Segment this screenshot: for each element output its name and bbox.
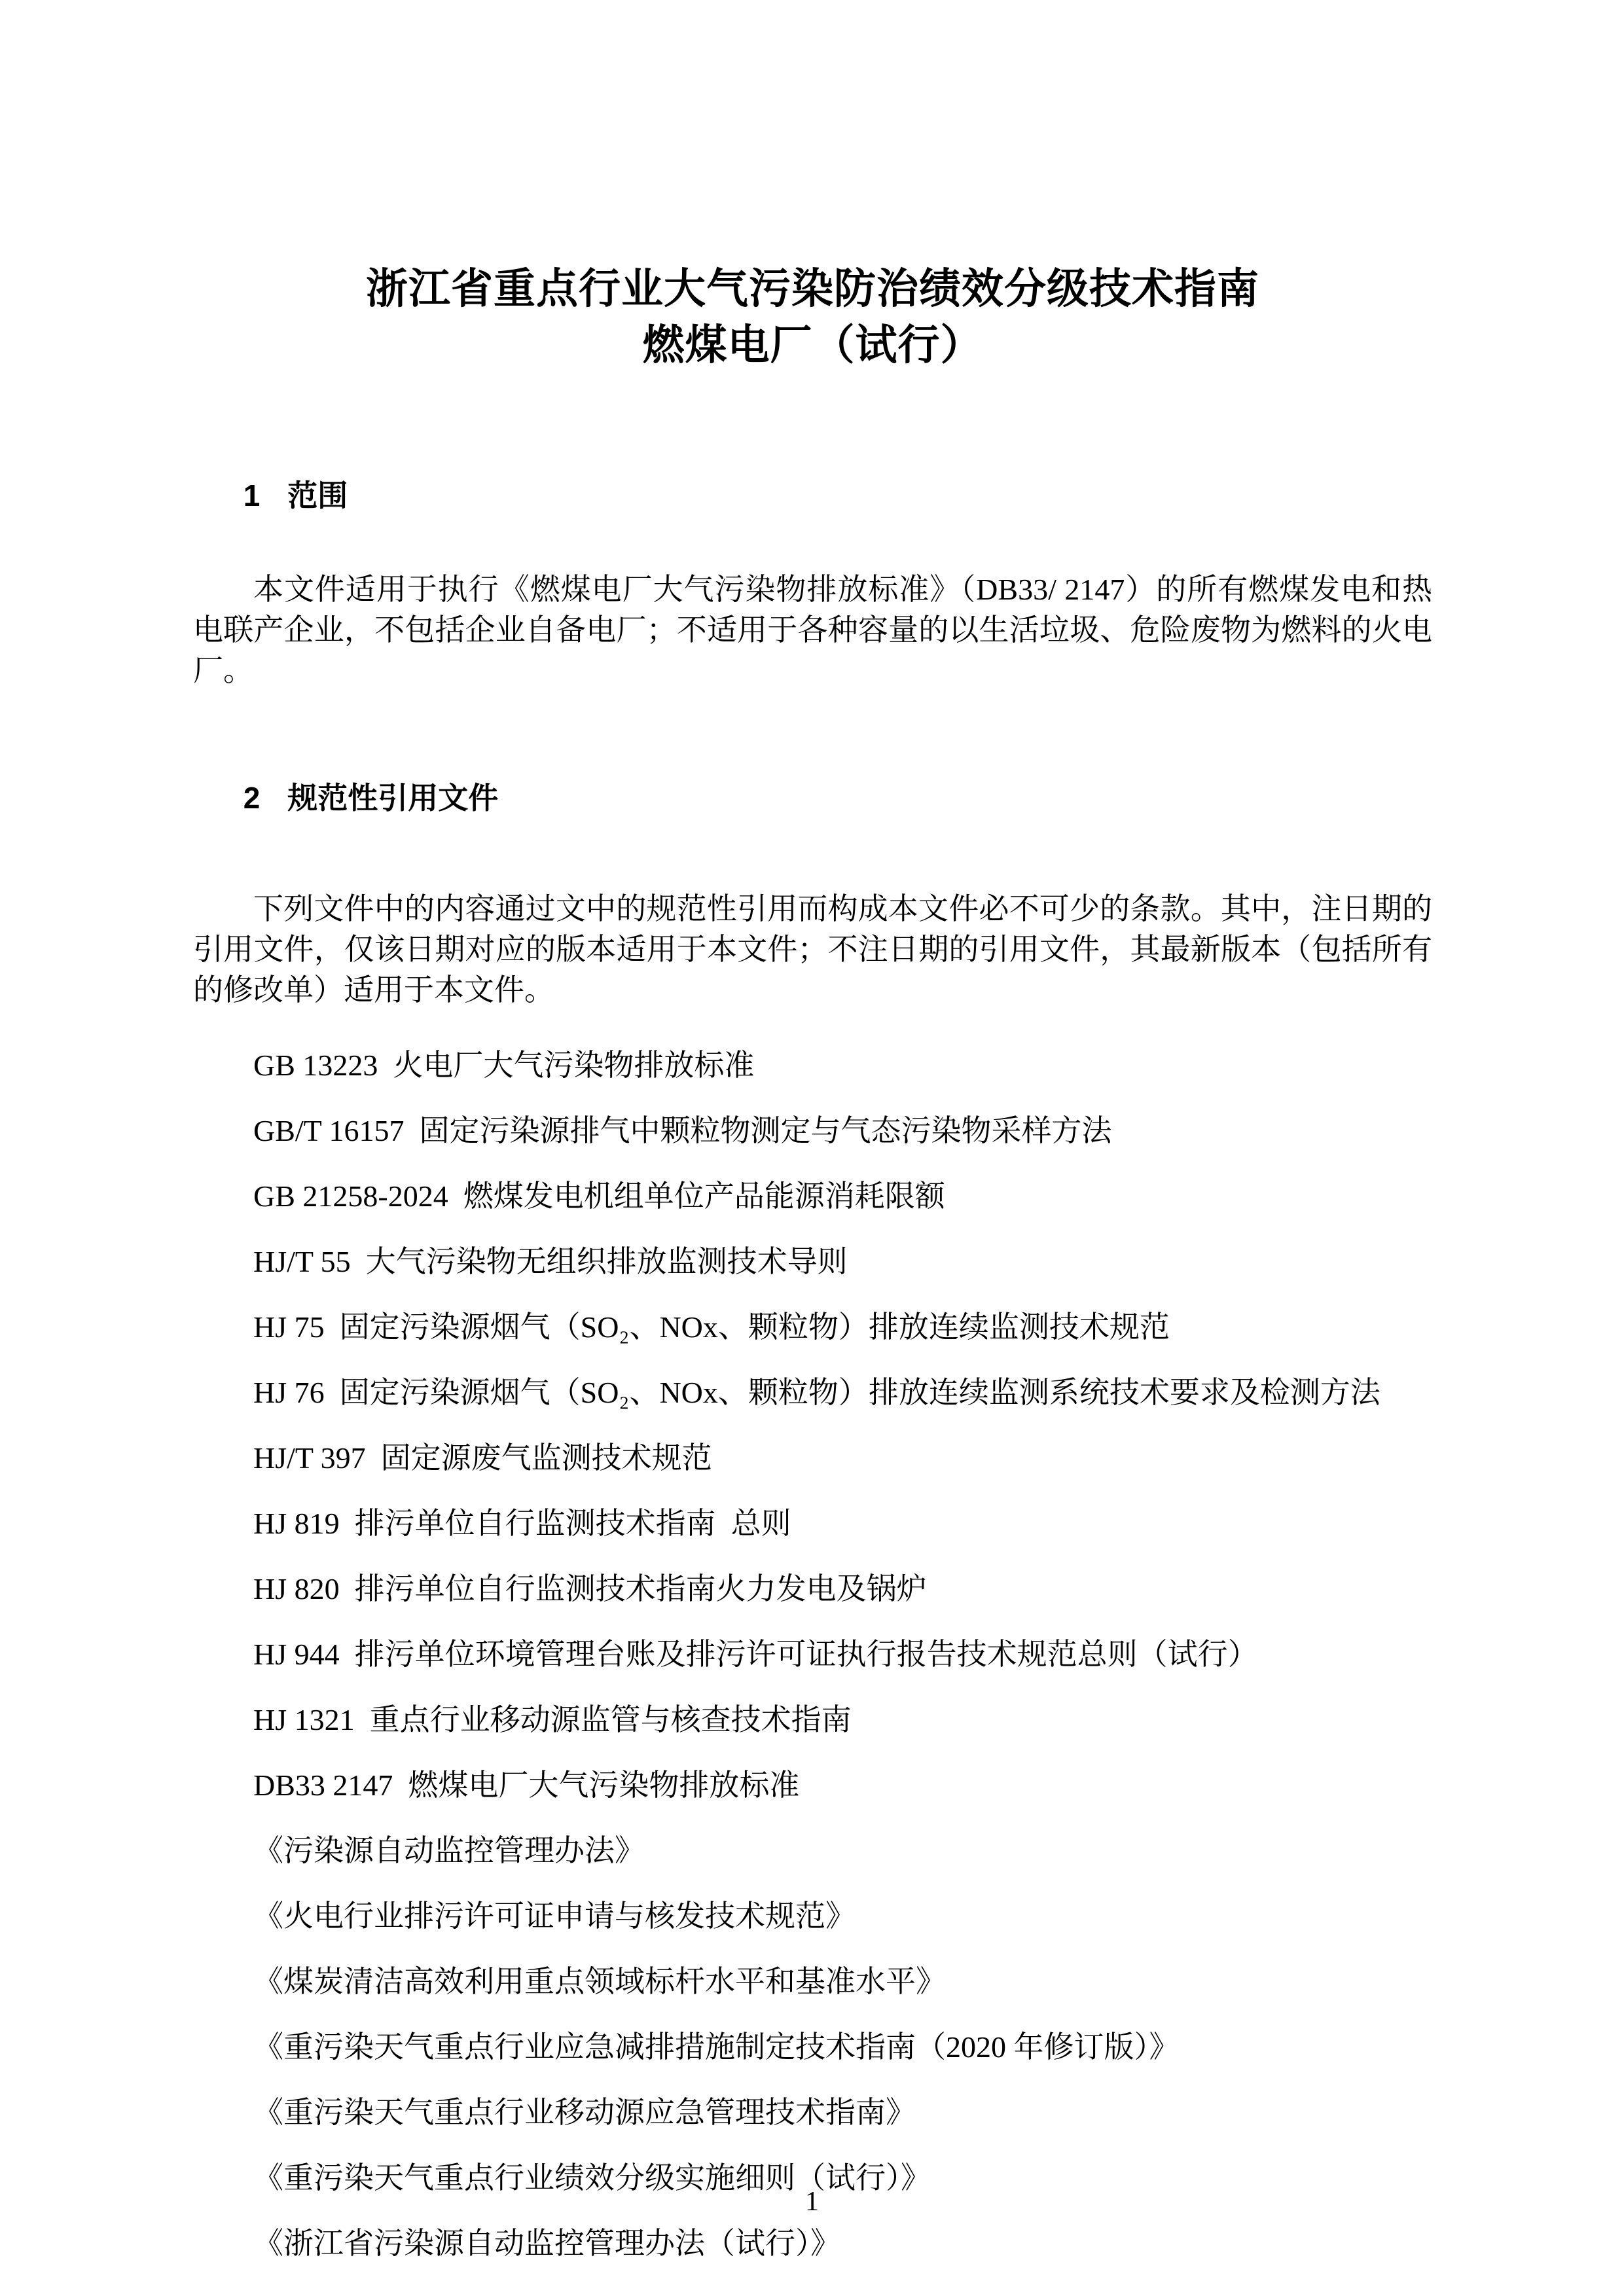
reference-item: HJ 944 排污单位环境管理台账及排污许可证执行报告技术规范总则（试行） (253, 1636, 1432, 1673)
section-1-number: 1 (244, 479, 261, 512)
reference-item: HJ 819 排污单位自行监测技术指南 总则 (253, 1505, 1432, 1542)
document-page: 浙江省重点行业大气污染防治绩效分级技术指南 燃煤电厂（试行） 1范围 本文件适用… (0, 0, 1624, 2296)
reference-item: GB/T 16157 固定污染源排气中颗粒物测定与气态污染物采样方法 (253, 1113, 1432, 1149)
reference-item: 《火电行业排污许可证申请与核发技术规范》 (253, 1898, 1432, 1935)
section-2-number: 2 (244, 781, 261, 814)
reference-item: GB 13223 火电厂大气污染物排放标准 (253, 1047, 1432, 1084)
reference-item: DB33 2147 燃煤电厂大气污染物排放标准 (253, 1767, 1432, 1804)
reference-item: HJ 76 固定污染源烟气（SO₂、NOx、颗粒物）排放连续监测系统技术要求及检… (253, 1374, 1432, 1411)
reference-item: 《重污染天气重点行业移动源应急管理技术指南》 (253, 2094, 1432, 2131)
reference-item: 《污染源自动监控管理办法》 (253, 1833, 1432, 1869)
reference-item: 《重污染天气重点行业应急减排措施制定技术指南（2020 年修订版）》 (253, 2029, 1432, 2066)
reference-item: HJ/T 397 固定源废气监测技术规范 (253, 1440, 1432, 1477)
page-content: 浙江省重点行业大气污染防治绩效分级技术指南 燃煤电厂（试行） 1范围 本文件适用… (193, 0, 1432, 2291)
references-intro-paragraph: 下列文件中的内容通过文中的规范性引用而构成本文件必不可少的条款。其中，注日期的引… (193, 889, 1432, 1011)
reference-item: HJ/T 55 大气污染物无组织排放监测技术导则 (253, 1244, 1432, 1280)
scope-paragraph: 本文件适用于执行《燃煤电厂大气污染物排放标准》（DB33/ 2147）的所有燃煤… (193, 569, 1432, 691)
document-title-line2: 燃煤电厂（试行） (193, 317, 1432, 373)
section-2-title: 规范性引用文件 (287, 781, 498, 815)
reference-item: HJ 820 排污单位自行监测技术指南火力发电及锅炉 (253, 1571, 1432, 1607)
page-number: 1 (0, 2186, 1624, 2217)
section-2-heading: 2规范性引用文件 (193, 749, 1432, 847)
reference-item: 《煤炭清洁高效利用重点领域标杆水平和基准水平》 (253, 1964, 1432, 2000)
document-title-line1: 浙江省重点行业大气污染防治绩效分级技术指南 (193, 260, 1432, 317)
document-title: 浙江省重点行业大气污染防治绩效分级技术指南 燃煤电厂（试行） (193, 260, 1432, 373)
references-list: GB 13223 火电厂大气污染物排放标准 GB/T 16157 固定污染源排气… (193, 1047, 1432, 2262)
reference-item: HJ 75 固定污染源烟气（SO₂、NOx、颗粒物）排放连续监测技术规范 (253, 1309, 1432, 1346)
reference-item: 《浙江省污染源自动监控管理办法（试行）》 (253, 2225, 1432, 2262)
section-1-heading: 1范围 (193, 446, 1432, 545)
reference-item: HJ 1321 重点行业移动源监管与核查技术指南 (253, 1702, 1432, 1738)
section-1-title: 范围 (287, 478, 348, 512)
reference-item: GB 21258-2024 燃煤发电机组单位产品能源消耗限额 (253, 1178, 1432, 1215)
